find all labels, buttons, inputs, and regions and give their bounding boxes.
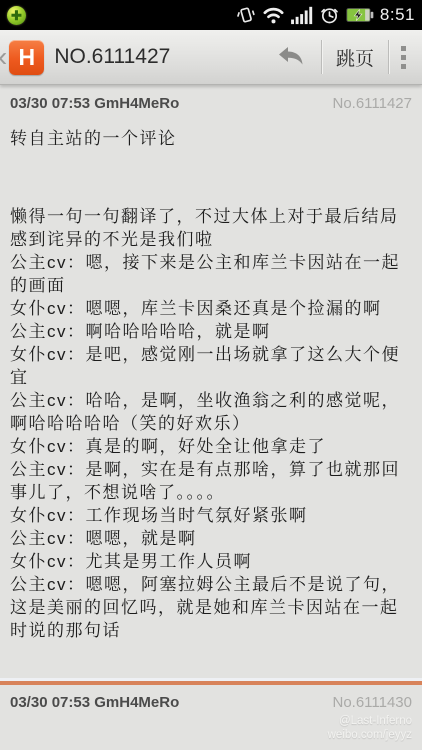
thread-content[interactable]: 03/30 07:53 GmH4MeRo No.6111427 转自主站的一个评…: [0, 85, 422, 750]
phone-screen: ✚: [0, 0, 422, 750]
body-paragraph: 女仆cv：嗯嗯，库兰卡因桑还真是个捡漏的啊: [10, 297, 412, 320]
battery-icon: [346, 7, 374, 23]
body-paragraph: 公主cv：哈哈，是啊，坐收渔翁之利的感觉呢，啊哈哈哈哈哈（笑的好欢乐）: [10, 389, 412, 435]
wifi-icon: [262, 5, 285, 25]
post-title-line: 转自主站的一个评论: [10, 127, 412, 150]
jump-page-label: 跳页: [336, 44, 374, 71]
post-number[interactable]: No.6111430: [332, 694, 412, 711]
vibrate-icon: [235, 5, 256, 25]
body-paragraph: 公主cv：嗯，接下来是公主和库兰卡因站在一起的画面: [10, 251, 412, 297]
app-bar: ‹ H NO.6111427 跳页: [0, 30, 422, 85]
body-paragraph: 女仆cv：真是的啊，好处全让他拿走了: [10, 435, 412, 458]
body-paragraph: 女仆cv：尤其是男工作人员啊: [10, 550, 412, 573]
body-paragraph: 公主cv：嗯嗯，阿塞拉姆公主最后不是说了句，这是美丽的回忆吗，就是她和库兰卡因站…: [10, 573, 412, 642]
body-paragraph: 女仆cv：工作现场当时气氛好紧张啊: [10, 504, 412, 527]
thread-title: NO.6111427: [54, 45, 170, 69]
watermark: @Last-Inferno weibo.com/jeyyz: [10, 714, 412, 742]
back-button[interactable]: [263, 30, 321, 85]
body-paragraph: 公主cv：是啊，实在是有点那啥，算了也就那回事儿了，不想说啥了。。。。: [10, 458, 412, 504]
dot-icon: [401, 55, 406, 60]
body-paragraph: 公主cv：啊哈哈哈哈哈，就是啊: [10, 320, 412, 343]
post-date-author: 03/30 07:53 GmH4MeRo: [10, 694, 179, 711]
app-logo-letter: H: [19, 46, 36, 69]
app-logo[interactable]: H: [9, 40, 44, 75]
up-chevron-icon: ‹: [0, 43, 7, 71]
post-body: 懒得一句一句翻译了，不过大体上对于最后结局感到诧异的不光是我们啦 公主cv：嗯，…: [10, 205, 412, 642]
body-paragraph: 女仆cv：是吧，感觉刚一出场就拿了这么大个便宜: [10, 343, 412, 389]
body-paragraph: 懒得一句一句翻译了，不过大体上对于最后结局感到诧异的不光是我们啦: [10, 205, 412, 251]
overflow-menu-button[interactable]: [389, 46, 418, 69]
watermark-line2: weibo.com/jeyyz: [10, 728, 412, 742]
clock-time: 8:51: [380, 5, 415, 25]
watermark-line1: @Last-Inferno: [10, 714, 412, 728]
post-date-author: 03/30 07:53 GmH4MeRo: [10, 95, 179, 112]
dot-icon: [401, 64, 406, 69]
post-header: 03/30 07:53 GmH4MeRo No.6111427: [10, 95, 412, 112]
status-bar: ✚: [0, 0, 422, 30]
alarm-icon: [319, 5, 340, 25]
post-header: 03/30 07:53 GmH4MeRo No.6111430: [10, 694, 412, 711]
post-number[interactable]: No.6111427: [332, 95, 412, 112]
dot-icon: [401, 46, 406, 51]
jump-page-button[interactable]: 跳页: [322, 30, 388, 85]
notification-app-icon: ✚: [7, 6, 26, 25]
reply-arrow-icon: [277, 45, 307, 69]
signal-icon: [291, 5, 313, 25]
body-paragraph: 公主cv：嗯嗯，就是啊: [10, 527, 412, 550]
post-divider: [0, 678, 422, 685]
